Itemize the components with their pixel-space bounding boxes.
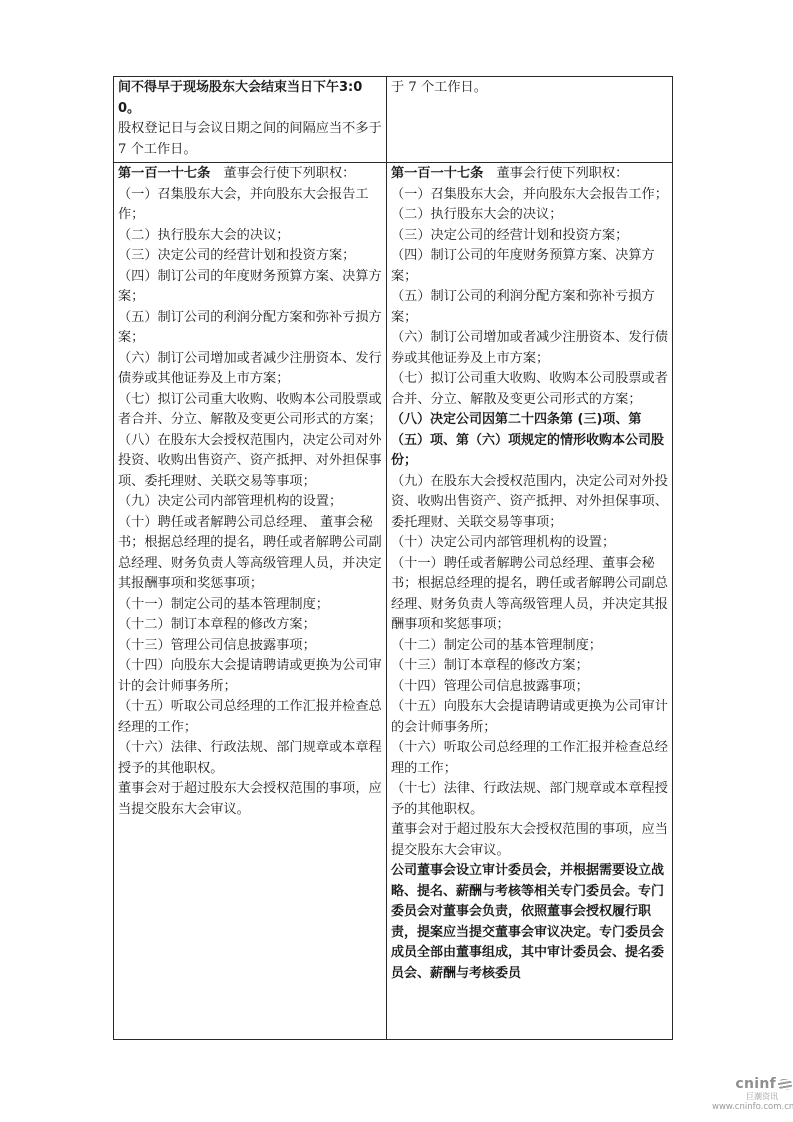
list-item-added: （八）决定公司因第二十四条第 (三)项、第（五）项、第（六）项规定的情形收购本公… <box>391 410 668 472</box>
list-item: （二）执行股东大会的决议； <box>118 226 382 247</box>
list-item: （五）制订公司的利润分配方案和弥补亏损方案； <box>118 308 382 349</box>
paragraph-added: 公司董事会设立审计委员会，并根据需要设立战略、提名、薪酬与考核等相关专门委员会。… <box>391 861 668 984</box>
comparison-table: 间不得早于现场股东大会结束当日下午3:00。 股权登记日与会议日期之间的间隔应当… <box>113 76 673 1040</box>
cninfo-logo: cninf <box>712 1076 792 1092</box>
list-item: （四）制订公司的年度财务预算方案、决算方案； <box>391 246 668 287</box>
article-number: 第一百一十七条 <box>118 166 210 181</box>
article-heading: 第一百一十七条 董事会行使下列职权： <box>118 164 382 185</box>
list-item: （二）执行股东大会的决议； <box>391 205 668 226</box>
paragraph: 间不得早于现场股东大会结束当日下午3:00。 <box>118 78 382 119</box>
cninfo-watermark: cninf 巨潮资讯 www.cninfo.com.cn <box>712 1076 792 1113</box>
list-item: （五）制订公司的利润分配方案和弥补亏损方案； <box>391 287 668 328</box>
table-row: 间不得早于现场股东大会结束当日下午3:00。 股权登记日与会议日期之间的间隔应当… <box>114 77 673 163</box>
logo-text: cninf <box>735 1076 776 1092</box>
list-item: （十五）听取公司总经理的工作汇报并检查总经理的工作； <box>118 697 382 738</box>
list-item: （十）聘任或者解聘公司总经理、 董事会秘书；根据总经理的提名，聘任或者解聘公司副… <box>118 513 382 595</box>
list-item: （七）拟订公司重大收购、收购本公司股票或者合并、分立、解散及变更公司形式的方案； <box>118 390 382 431</box>
paragraph: 于 7 个工作日。 <box>391 78 668 99</box>
cell-revised: 于 7 个工作日。 <box>387 77 673 163</box>
list-item: （十七）法律、行政法规、部门规章或本章程授予的其他职权。 <box>391 779 668 820</box>
list-item: （九）决定公司内部管理机构的设置； <box>118 492 382 513</box>
cell-original: 第一百一十七条 董事会行使下列职权： （一）召集股东大会，并向股东大会报告工作；… <box>114 163 387 1040</box>
list-item: （一）召集股东大会，并向股东大会报告工作； <box>118 185 382 226</box>
logo-subtitle: 巨潮资讯 <box>712 1092 792 1102</box>
list-item: （三）决定公司的经营计划和投资方案； <box>118 246 382 267</box>
list-item: （十一）聘任或者解聘公司总经理、董事会秘书；根据总经理的提名，聘任或者解聘公司副… <box>391 554 668 636</box>
list-item: （八）在股东大会授权范围内，决定公司对外投资、收购出售资产、资产抵押、对外担保事… <box>118 431 382 493</box>
list-item: （三）决定公司的经营计划和投资方案； <box>391 226 668 247</box>
list-item: （十一）制定公司的基本管理制度； <box>118 595 382 616</box>
cell-original: 间不得早于现场股东大会结束当日下午3:00。 股权登记日与会议日期之间的间隔应当… <box>114 77 387 163</box>
list-item: （一）召集股东大会，并向股东大会报告工作； <box>391 185 668 206</box>
list-item: （六）制订公司增加或者减少注册资本、发行债券或其他证券及上市方案； <box>118 349 382 390</box>
cell-revised: 第一百一十七条 董事会行使下列职权： （一）召集股东大会，并向股东大会报告工作；… <box>387 163 673 1040</box>
list-item: （十六）听取公司总经理的工作汇报并检查总经理的工作； <box>391 738 668 779</box>
list-item: （十四）管理公司信息披露事项； <box>391 677 668 698</box>
cninfo-logo-icon <box>778 1079 792 1090</box>
list-item: （十三）制订本章程的修改方案； <box>391 656 668 677</box>
table-row: 第一百一十七条 董事会行使下列职权： （一）召集股东大会，并向股东大会报告工作；… <box>114 163 673 1040</box>
list-item: （四）制订公司的年度财务预算方案、决算方案； <box>118 267 382 308</box>
paragraph: 董事会对于超过股东大会授权范围的事项，应当提交股东大会审议。 <box>118 779 382 820</box>
list-item: （十三）管理公司信息披露事项； <box>118 636 382 657</box>
list-item: （十六）法律、行政法规、部门规章或本章程授予的其他职权。 <box>118 738 382 779</box>
list-item: （十五）向股东大会提请聘请或更换为公司审计的会计师事务所； <box>391 697 668 738</box>
list-item: （十二）制定公司的基本管理制度； <box>391 636 668 657</box>
list-item: （十二）制订本章程的修改方案； <box>118 615 382 636</box>
list-item: （七）拟订公司重大收购、收购本公司股票或者合并、分立、解散及变更公司形式的方案； <box>391 369 668 410</box>
article-heading: 第一百一十七条 董事会行使下列职权： <box>391 164 668 185</box>
list-item: （九）在股东大会授权范围内，决定公司对外投资、收购出售资产、资产抵押、对外担保事… <box>391 472 668 534</box>
list-item: （十四）向股东大会提请聘请或更换为公司审计的会计师事务所； <box>118 656 382 697</box>
article-number: 第一百一十七条 <box>391 166 483 181</box>
article-intro: 董事会行使下列职权： <box>483 166 628 181</box>
article-intro: 董事会行使下列职权： <box>210 166 355 181</box>
paragraph: 股权登记日与会议日期之间的间隔应当不多于 7 个工作日。 <box>118 119 382 160</box>
list-item: （六）制订公司增加或者减少注册资本、发行债券或其他证券及上市方案； <box>391 328 668 369</box>
watermark-url: www.cninfo.com.cn <box>712 1102 793 1113</box>
paragraph: 董事会对于超过股东大会授权范围的事项，应当提交股东大会审议。 <box>391 820 668 861</box>
list-item: （十）决定公司内部管理机构的设置； <box>391 533 668 554</box>
